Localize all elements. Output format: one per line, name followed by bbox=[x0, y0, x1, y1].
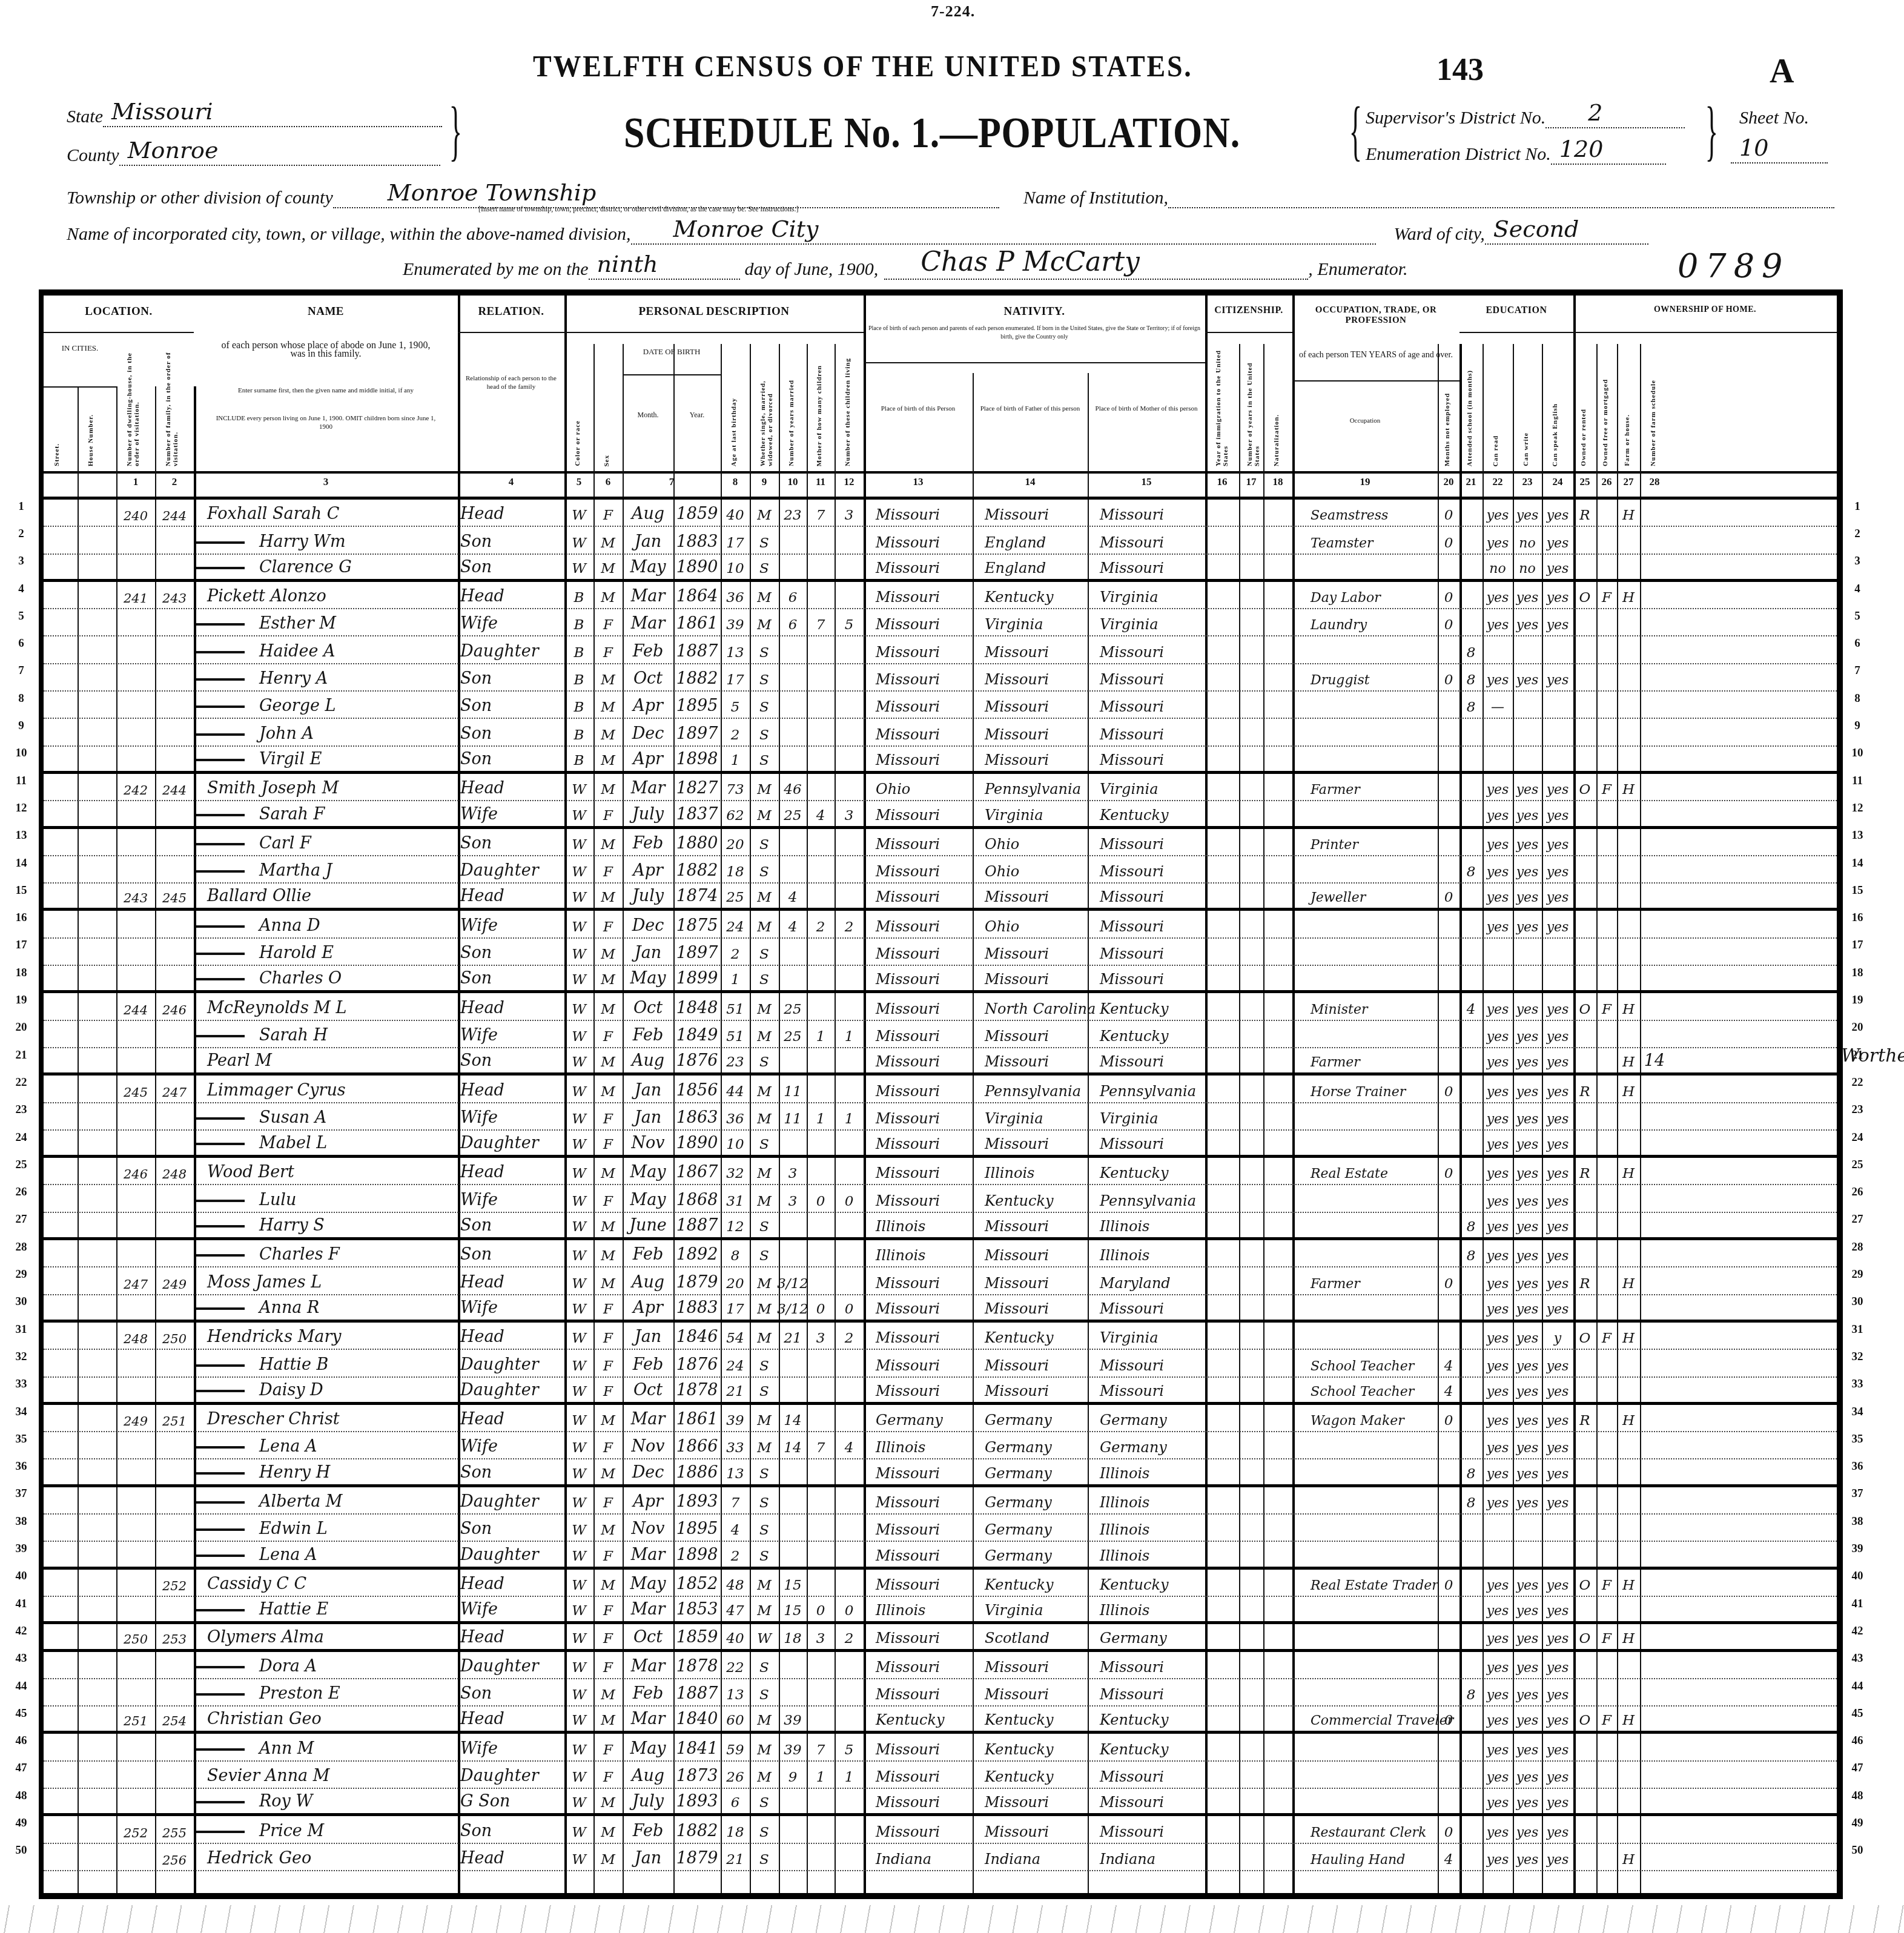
cell-living: 1 bbox=[835, 1021, 864, 1047]
line-number: 33 bbox=[1848, 1378, 1866, 1391]
column-rule bbox=[78, 386, 79, 471]
same-surname-dash bbox=[196, 1609, 245, 1611]
cell-mother-of bbox=[807, 1213, 835, 1237]
cell-farm bbox=[1617, 1679, 1640, 1705]
cell-birth-father: Missouri bbox=[973, 1816, 1088, 1842]
cell-birth-father: Germany bbox=[973, 1405, 1088, 1431]
same-surname-dash bbox=[196, 953, 245, 955]
column-number: 11 bbox=[807, 476, 835, 488]
cell-year: 1852 bbox=[673, 1570, 721, 1596]
cell-color: W bbox=[564, 1707, 593, 1731]
column-rule bbox=[779, 344, 780, 471]
cell-years-married bbox=[779, 1789, 807, 1813]
line-number: 30 bbox=[12, 1295, 30, 1309]
cell-sex: F bbox=[593, 637, 623, 663]
cell-sex: F bbox=[593, 1762, 623, 1788]
table-row: Henry HSonWMDec188613SMissouriGermanyIll… bbox=[44, 1460, 1837, 1487]
person-name: Christian Geo bbox=[207, 1710, 322, 1728]
header-rule bbox=[1205, 332, 1292, 333]
cell-color: B bbox=[564, 637, 593, 663]
cell-dwelling bbox=[116, 829, 155, 855]
cell-occupation bbox=[1292, 747, 1438, 771]
header-rule bbox=[864, 362, 1205, 363]
cell-months-unemployed bbox=[1438, 747, 1459, 771]
line-number: 27 bbox=[1848, 1213, 1866, 1226]
cell-write: yes bbox=[1513, 1103, 1542, 1129]
cell-occupation: Farmer bbox=[1292, 1267, 1438, 1294]
cell-occupation: Teamster bbox=[1292, 527, 1438, 553]
cell-years-married: 18 bbox=[779, 1624, 807, 1648]
cell-name: Susan A bbox=[194, 1103, 458, 1129]
cell-relation: Head bbox=[458, 774, 564, 800]
line-number: 29 bbox=[12, 1268, 30, 1281]
cell-school bbox=[1459, 1048, 1483, 1072]
cell-write bbox=[1513, 1515, 1542, 1541]
cell-name: Roy W bbox=[194, 1789, 458, 1813]
cell-living: 1 bbox=[835, 1762, 864, 1788]
cell-living bbox=[835, 1487, 864, 1513]
header-school: Attended school (in months) bbox=[1466, 370, 1473, 466]
line-number: 18 bbox=[12, 966, 30, 980]
cell-occupation: Real Estate bbox=[1292, 1158, 1438, 1184]
schedule-title: SCHEDULE No. 1.—POPULATION. bbox=[624, 108, 1240, 158]
cell-years-married bbox=[779, 747, 807, 771]
cell-owned bbox=[1573, 1103, 1596, 1129]
cell-name: Moss James L bbox=[194, 1267, 458, 1294]
cell-living: 4 bbox=[835, 1432, 864, 1458]
column-number: 25 bbox=[1573, 476, 1596, 488]
cell-name: Harold E bbox=[194, 939, 458, 965]
cell-write: yes bbox=[1513, 993, 1542, 1019]
cell-write: yes bbox=[1513, 1570, 1542, 1596]
cell-farm-sched bbox=[1640, 884, 1669, 908]
cell-age: 22 bbox=[721, 1652, 750, 1678]
cell-years-married bbox=[779, 856, 807, 882]
cell-birth-father: Germany bbox=[973, 1432, 1088, 1458]
column-rule bbox=[721, 344, 722, 471]
column-rule bbox=[1596, 344, 1598, 471]
cell-living bbox=[835, 664, 864, 690]
cell-birth-mother: Illinois bbox=[1088, 1597, 1205, 1621]
header-street: Street. bbox=[53, 443, 61, 466]
cell-years-married bbox=[779, 1542, 807, 1566]
cell-school bbox=[1459, 884, 1483, 908]
cell-color: W bbox=[564, 1378, 593, 1402]
cell-dwelling bbox=[116, 1021, 155, 1047]
cell-year: 1874 bbox=[673, 884, 721, 908]
cell-farm: H bbox=[1617, 1158, 1640, 1184]
person-name: Haidee A bbox=[259, 642, 336, 661]
cell-free bbox=[1596, 1734, 1617, 1760]
cell-family bbox=[155, 1432, 194, 1458]
cell-year: 1882 bbox=[673, 1816, 721, 1842]
cell-family bbox=[155, 1021, 194, 1047]
enumerator-name: Chas P McCarty bbox=[921, 246, 1140, 277]
cell-months-unemployed bbox=[1438, 637, 1459, 663]
same-surname-dash bbox=[196, 1446, 245, 1449]
cell-name: Wood Bert bbox=[194, 1158, 458, 1184]
cell-farm bbox=[1617, 1103, 1640, 1129]
cell-english: yes bbox=[1542, 1131, 1573, 1155]
cell-school bbox=[1459, 500, 1483, 526]
cell-marital: S bbox=[750, 555, 779, 579]
cell-mother-of bbox=[807, 664, 835, 690]
cell-age: 36 bbox=[721, 582, 750, 608]
cell-marital: S bbox=[750, 1131, 779, 1155]
table-row: 252Cassidy C CHeadWMMay185248M15Missouri… bbox=[44, 1570, 1837, 1597]
header-write: Can write bbox=[1522, 432, 1530, 466]
cell-read: yes bbox=[1483, 1789, 1513, 1813]
header-age: Age at last birthday bbox=[730, 398, 738, 466]
cell-year: 1899 bbox=[673, 966, 721, 990]
cell-color: W bbox=[564, 801, 593, 825]
person-name: Anna D bbox=[259, 916, 320, 935]
cell-farm bbox=[1617, 1816, 1640, 1842]
person-name: Moss James L bbox=[207, 1273, 322, 1292]
column-rule bbox=[1640, 344, 1641, 471]
cell-living: 2 bbox=[835, 911, 864, 937]
same-surname-dash bbox=[196, 678, 245, 681]
cell-month: Aug bbox=[623, 1762, 673, 1788]
cell-color: W bbox=[564, 1405, 593, 1431]
cell-color: W bbox=[564, 1350, 593, 1376]
cell-farm-sched bbox=[1640, 555, 1669, 579]
cell-family: 256 bbox=[155, 1844, 194, 1870]
cell-occupation bbox=[1292, 1515, 1438, 1541]
cell-year: 1886 bbox=[673, 1460, 721, 1484]
cell-dwelling bbox=[116, 1350, 155, 1376]
cell-farm bbox=[1617, 692, 1640, 718]
line-number: 47 bbox=[12, 1762, 30, 1775]
cell-school bbox=[1459, 1103, 1483, 1129]
cell-dwelling bbox=[116, 801, 155, 825]
column-number: 17 bbox=[1239, 476, 1263, 488]
cell-months-unemployed bbox=[1438, 1213, 1459, 1237]
cell-farm bbox=[1617, 1432, 1640, 1458]
cell-name: Sarah F bbox=[194, 801, 458, 825]
line-number: 39 bbox=[1848, 1542, 1866, 1556]
cell-mother-of bbox=[807, 1542, 835, 1566]
cell-birth-person: Ohio bbox=[864, 774, 973, 800]
cell-sex: F bbox=[593, 1734, 623, 1760]
line-number: 38 bbox=[1848, 1515, 1866, 1528]
header-years-married: Number of years married bbox=[788, 380, 795, 466]
line-number: 39 bbox=[12, 1542, 30, 1556]
cell-write: yes bbox=[1513, 609, 1542, 635]
cell-birth-father: Missouri bbox=[973, 747, 1088, 771]
line-number: 23 bbox=[12, 1103, 30, 1117]
cell-school bbox=[1459, 829, 1483, 855]
cell-school bbox=[1459, 527, 1483, 553]
cell-marital: S bbox=[750, 1240, 779, 1266]
cell-free: F bbox=[1596, 1624, 1617, 1648]
cell-name: Edwin L bbox=[194, 1515, 458, 1541]
cell-mother-of bbox=[807, 555, 835, 579]
cell-read: — bbox=[1483, 692, 1513, 718]
cell-dwelling bbox=[116, 555, 155, 579]
cell-dwelling: 242 bbox=[116, 774, 155, 800]
person-name: Edwin L bbox=[259, 1519, 328, 1538]
cell-birth-father: Virginia bbox=[973, 801, 1088, 825]
cell-write: yes bbox=[1513, 664, 1542, 690]
cell-relation: Son bbox=[458, 966, 564, 990]
cell-free bbox=[1596, 747, 1617, 771]
cell-occupation bbox=[1292, 719, 1438, 745]
line-number: 47 bbox=[1848, 1762, 1866, 1775]
cell-name: Limmager Cyrus bbox=[194, 1076, 458, 1102]
cell-sex: M bbox=[593, 555, 623, 579]
cell-mother-of bbox=[807, 1515, 835, 1541]
cell-dwelling bbox=[116, 856, 155, 882]
cell-free: F bbox=[1596, 1323, 1617, 1349]
cell-sex: M bbox=[593, 582, 623, 608]
cell-color: W bbox=[564, 993, 593, 1019]
cell-mother-of: 7 bbox=[807, 1432, 835, 1458]
cell-owned bbox=[1573, 1734, 1596, 1760]
cell-years-married bbox=[779, 1048, 807, 1072]
cell-name: Virgil E bbox=[194, 747, 458, 771]
line-number: 35 bbox=[12, 1433, 30, 1446]
table-row: Anna DWifeWFDec187524M422MissouriOhioMis… bbox=[44, 911, 1837, 939]
cell-occupation bbox=[1292, 1487, 1438, 1513]
column-number: 16 bbox=[1205, 476, 1239, 488]
line-number: 44 bbox=[1848, 1680, 1866, 1693]
line-number: 26 bbox=[1848, 1186, 1866, 1199]
cell-month: Oct bbox=[623, 1624, 673, 1648]
cell-month: May bbox=[623, 555, 673, 579]
table-row: Sarah FWifeWFJuly183762M2543MissouriVirg… bbox=[44, 801, 1837, 828]
cell-mother-of: 0 bbox=[807, 1186, 835, 1212]
cell-farm: H bbox=[1617, 1405, 1640, 1431]
cell-school bbox=[1459, 1432, 1483, 1458]
cell-english: yes bbox=[1542, 1487, 1573, 1513]
cell-age: 36 bbox=[721, 1103, 750, 1129]
column-number: 13 bbox=[864, 476, 973, 488]
cell-school bbox=[1459, 555, 1483, 579]
cell-write: yes bbox=[1513, 1734, 1542, 1760]
person-name: Harry Wm bbox=[259, 532, 346, 551]
cell-month: Mar bbox=[623, 1652, 673, 1678]
cell-school bbox=[1459, 1405, 1483, 1431]
cell-english: yes bbox=[1542, 1460, 1573, 1484]
county-label: County bbox=[67, 145, 119, 166]
line-number: 41 bbox=[1848, 1598, 1866, 1611]
cell-months-unemployed: 4 bbox=[1438, 1844, 1459, 1870]
cell-age: 5 bbox=[721, 692, 750, 718]
column-number: 22 bbox=[1483, 476, 1513, 488]
cell-mother-of: 1 bbox=[807, 1103, 835, 1129]
cell-free bbox=[1596, 1131, 1617, 1155]
cell-mother-of: 7 bbox=[807, 500, 835, 526]
cell-dwelling: 246 bbox=[116, 1158, 155, 1184]
cell-marital: S bbox=[750, 856, 779, 882]
cell-marital: M bbox=[750, 1186, 779, 1212]
cell-free bbox=[1596, 801, 1617, 825]
cell-relation: Daughter bbox=[458, 1762, 564, 1788]
cell-free bbox=[1596, 966, 1617, 990]
cell-owned bbox=[1573, 966, 1596, 990]
cell-living bbox=[835, 1213, 864, 1237]
cell-birth-person: Missouri bbox=[864, 719, 973, 745]
header-free: Owned free or mortgaged bbox=[1602, 379, 1609, 466]
cell-month: Jan bbox=[623, 939, 673, 965]
cell-relation: Son bbox=[458, 1240, 564, 1266]
cell-year: 1861 bbox=[673, 1405, 721, 1431]
enumerator-label: , Enumerator. bbox=[1308, 259, 1407, 280]
cell-relation: Son bbox=[458, 747, 564, 771]
line-number: 17 bbox=[1848, 939, 1866, 952]
cell-dwelling bbox=[116, 1570, 155, 1596]
cell-farm bbox=[1617, 911, 1640, 937]
cell-age: 13 bbox=[721, 637, 750, 663]
column-rule bbox=[1513, 344, 1514, 471]
cell-write: no bbox=[1513, 555, 1542, 579]
line-number: 22 bbox=[1848, 1076, 1866, 1089]
cell-english: yes bbox=[1542, 555, 1573, 579]
cell-farm-sched bbox=[1640, 1240, 1669, 1266]
cell-school bbox=[1459, 1267, 1483, 1294]
cell-school bbox=[1459, 1021, 1483, 1047]
line-number: 4 bbox=[12, 583, 30, 596]
cell-age: 33 bbox=[721, 1432, 750, 1458]
cell-marital: M bbox=[750, 1570, 779, 1596]
cell-birth-person: Illinois bbox=[864, 1240, 973, 1266]
cell-occupation: Hauling Hand bbox=[1292, 1844, 1438, 1870]
cell-marital: S bbox=[750, 1460, 779, 1484]
cell-relation: Wife bbox=[458, 1432, 564, 1458]
cell-months-unemployed bbox=[1438, 1762, 1459, 1788]
person-name: Virgil E bbox=[259, 750, 322, 768]
line-number: 50 bbox=[1848, 1844, 1866, 1857]
cell-english: yes bbox=[1542, 884, 1573, 908]
cell-months-unemployed: 0 bbox=[1438, 500, 1459, 526]
cell-english bbox=[1542, 719, 1573, 745]
cell-years-married: 3 bbox=[779, 1158, 807, 1184]
header-dwelling: Number of dwelling-house, in the order o… bbox=[126, 348, 140, 466]
cell-year: 1887 bbox=[673, 1213, 721, 1237]
cell-color: W bbox=[564, 939, 593, 965]
cell-month: Jan bbox=[623, 1103, 673, 1129]
column-number: 23 bbox=[1513, 476, 1542, 488]
cell-occupation: Farmer bbox=[1292, 774, 1438, 800]
cell-sex: M bbox=[593, 1048, 623, 1072]
cell-name: Haidee A bbox=[194, 637, 458, 663]
enumeration-district-field: Enumeration District No. 120 bbox=[1366, 144, 1666, 165]
line-number: 37 bbox=[12, 1487, 30, 1501]
cell-occupation bbox=[1292, 1679, 1438, 1705]
table-row: Alberta MDaughterWFApr18937SMissouriGerm… bbox=[44, 1487, 1837, 1515]
cell-write: yes bbox=[1513, 911, 1542, 937]
cell-school: 8 bbox=[1459, 692, 1483, 718]
cell-farm bbox=[1617, 1295, 1640, 1320]
cell-sex: F bbox=[593, 1323, 623, 1349]
cell-family bbox=[155, 1378, 194, 1402]
cell-farm bbox=[1617, 1515, 1640, 1541]
cell-family bbox=[155, 664, 194, 690]
cell-free bbox=[1596, 1350, 1617, 1376]
cell-mother-of bbox=[807, 856, 835, 882]
header-farm: Farm or house. bbox=[1624, 414, 1631, 466]
cell-month: Oct bbox=[623, 1378, 673, 1402]
table-row: Susan AWifeWFJan186336M1111MissouriVirgi… bbox=[44, 1103, 1837, 1131]
page-letter: A bbox=[1770, 52, 1794, 91]
cell-free: F bbox=[1596, 774, 1617, 800]
cell-color: W bbox=[564, 1624, 593, 1648]
cell-relation: Son bbox=[458, 719, 564, 745]
cell-write: yes bbox=[1513, 1048, 1542, 1072]
cell-age: 24 bbox=[721, 1350, 750, 1376]
cell-age: 62 bbox=[721, 801, 750, 825]
same-surname-dash bbox=[196, 1390, 245, 1392]
cell-age: 13 bbox=[721, 1460, 750, 1484]
cell-marital: S bbox=[750, 1816, 779, 1842]
cell-sex: F bbox=[593, 856, 623, 882]
cell-months-unemployed bbox=[1438, 1021, 1459, 1047]
cell-color: W bbox=[564, 1021, 593, 1047]
cell-occupation bbox=[1292, 911, 1438, 937]
name-instruction-2: INCLUDE every person living on June 1, 1… bbox=[213, 414, 438, 431]
cell-family: 251 bbox=[155, 1405, 194, 1431]
cell-birth-father: England bbox=[973, 527, 1088, 553]
cell-sex: M bbox=[593, 1844, 623, 1870]
cell-birth-person: Missouri bbox=[864, 1350, 973, 1376]
cell-farm-sched bbox=[1640, 1679, 1669, 1705]
cell-birth-person: Missouri bbox=[864, 1816, 973, 1842]
cell-free bbox=[1596, 1021, 1617, 1047]
cell-birth-mother: Missouri bbox=[1088, 1350, 1205, 1376]
cell-occupation: Laundry bbox=[1292, 609, 1438, 635]
cell-birth-mother: Kentucky bbox=[1088, 1158, 1205, 1184]
cell-write: yes bbox=[1513, 582, 1542, 608]
cell-years-married bbox=[779, 1515, 807, 1541]
cell-farm-sched bbox=[1640, 1762, 1669, 1788]
cell-birth-mother: Missouri bbox=[1088, 856, 1205, 882]
same-surname-dash bbox=[196, 759, 245, 761]
cell-farm-sched bbox=[1640, 829, 1669, 855]
header-living: Number of these children living bbox=[844, 358, 851, 466]
cell-living: 0 bbox=[835, 1295, 864, 1320]
cell-color: W bbox=[564, 1515, 593, 1541]
cell-birth-person: Missouri bbox=[864, 747, 973, 771]
column-rule bbox=[864, 296, 866, 471]
cell-year: 1883 bbox=[673, 1295, 721, 1320]
cell-birth-person: Missouri bbox=[864, 692, 973, 718]
same-surname-dash bbox=[196, 978, 245, 980]
cell-mother-of bbox=[807, 747, 835, 771]
cell-dwelling bbox=[116, 1460, 155, 1484]
cell-school bbox=[1459, 1323, 1483, 1349]
cell-birth-mother: Kentucky bbox=[1088, 1570, 1205, 1596]
cell-occupation bbox=[1292, 966, 1438, 990]
cell-month: Oct bbox=[623, 993, 673, 1019]
cell-birth-mother: Missouri bbox=[1088, 1652, 1205, 1678]
cell-dwelling bbox=[116, 637, 155, 663]
line-number: 7 bbox=[12, 664, 30, 678]
cell-age: 2 bbox=[721, 719, 750, 745]
cell-years-married bbox=[779, 664, 807, 690]
person-name: Wood Bert bbox=[207, 1163, 294, 1181]
cell-english bbox=[1542, 1515, 1573, 1541]
cell-birth-person: Missouri bbox=[864, 609, 973, 635]
cell-mother-of bbox=[807, 1131, 835, 1155]
cell-farm-sched bbox=[1640, 1158, 1669, 1184]
cell-english: yes bbox=[1542, 1103, 1573, 1129]
cell-dwelling: 241 bbox=[116, 582, 155, 608]
cell-birth-person: Kentucky bbox=[864, 1707, 973, 1731]
cell-marital: M bbox=[750, 801, 779, 825]
cell-relation: Son bbox=[458, 939, 564, 965]
sheet-label: Sheet No. bbox=[1739, 108, 1809, 128]
